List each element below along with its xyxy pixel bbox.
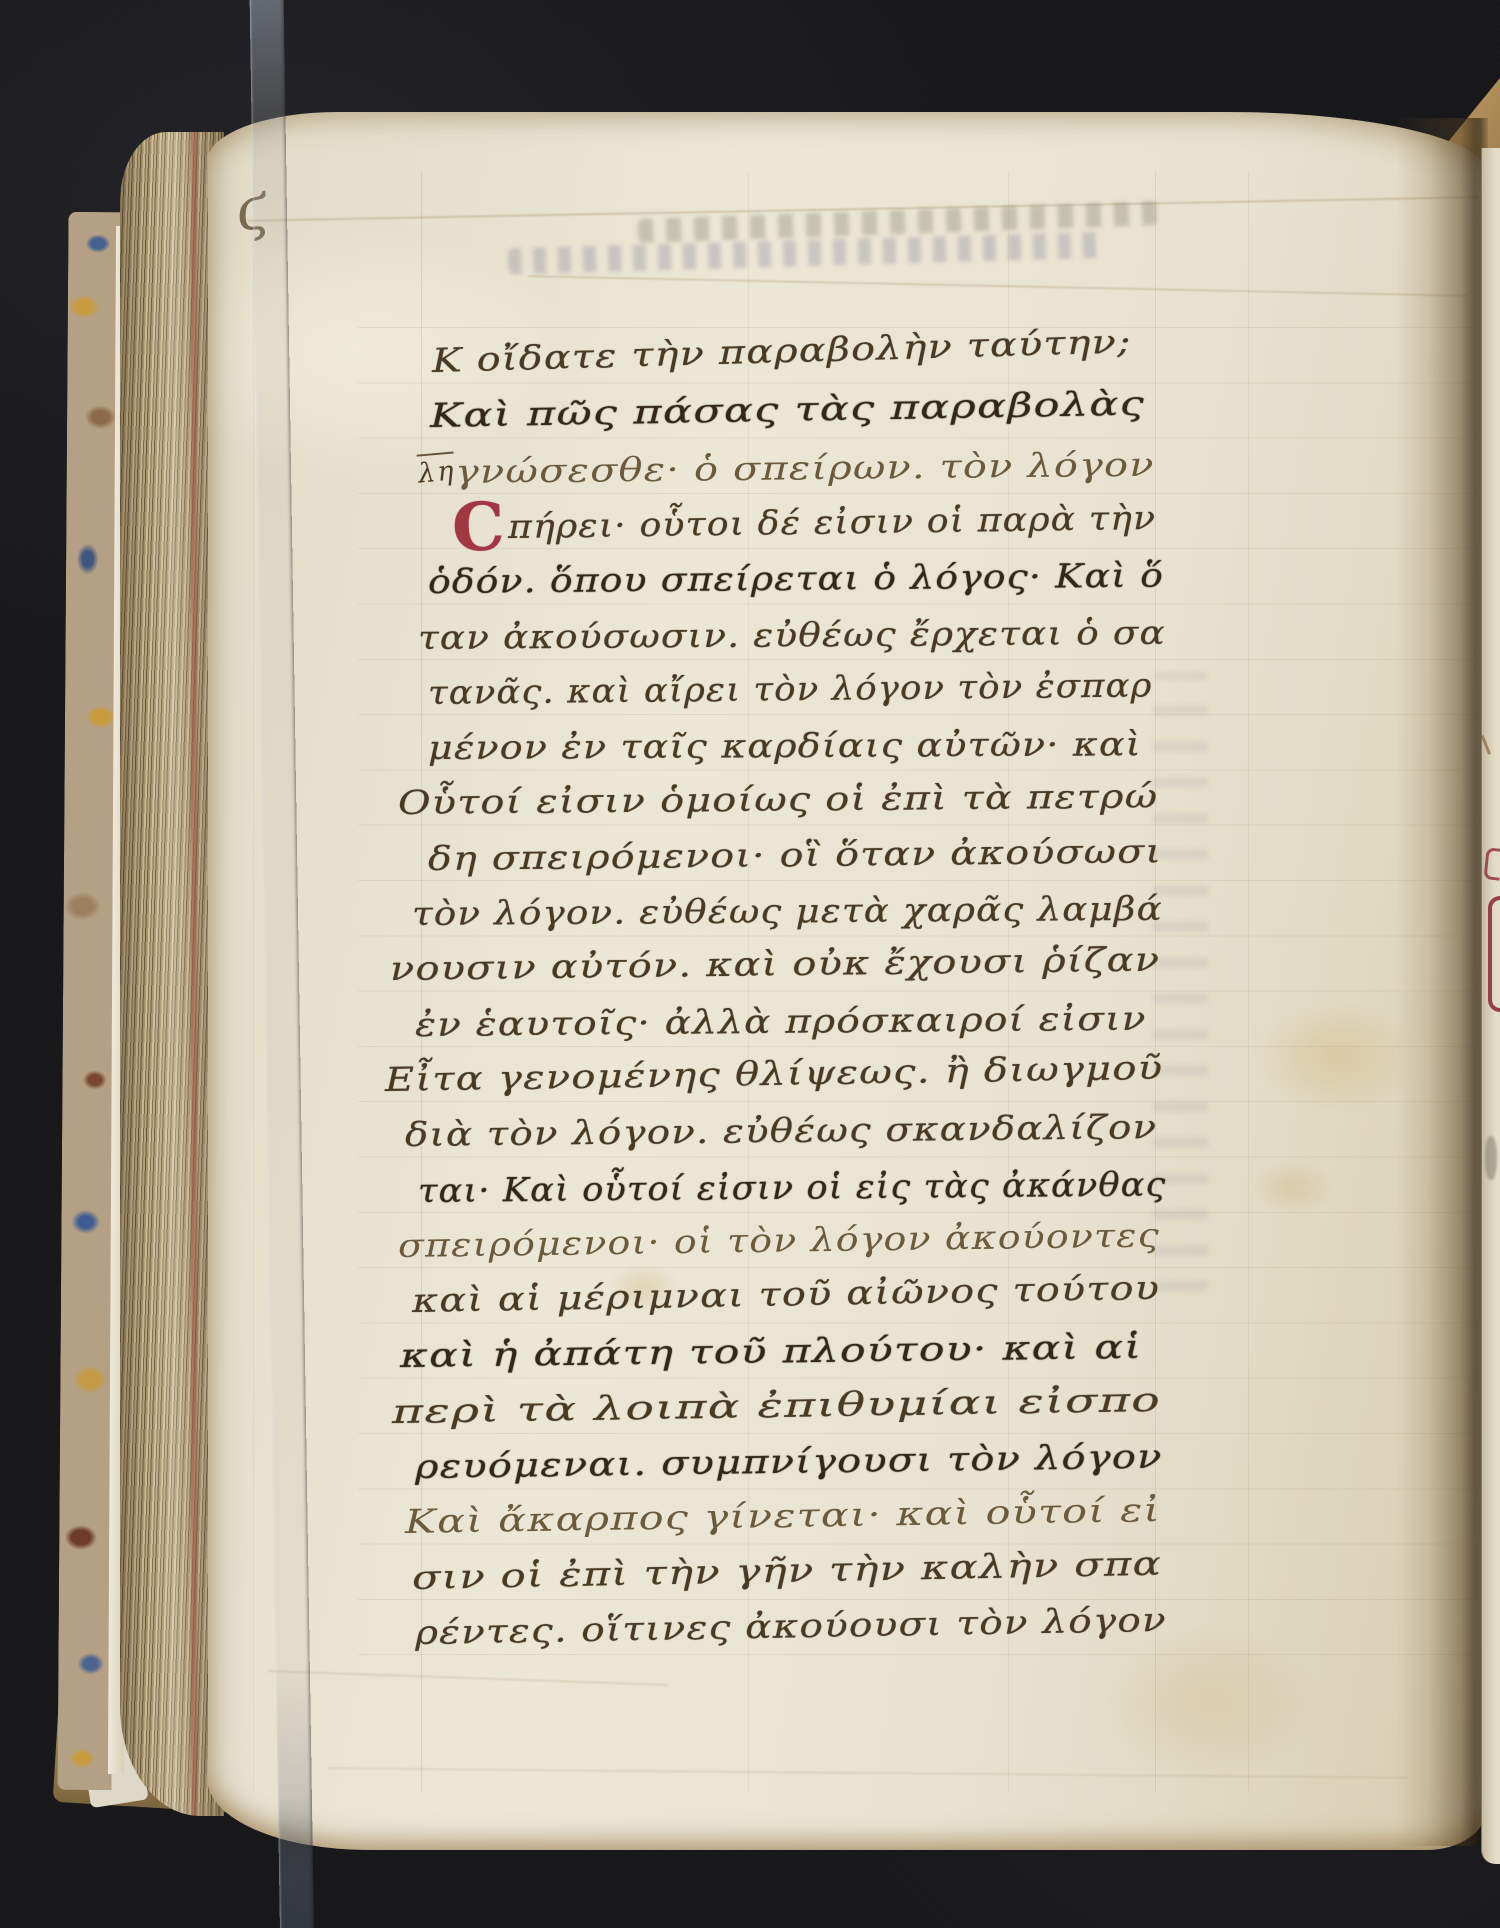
manuscript-line-8: μένον ἐν ταῖς καρδίαις αὐτῶν· καὶ xyxy=(428,723,1142,769)
facing-page-edge xyxy=(1481,148,1500,1864)
ruling-line-vertical xyxy=(1248,172,1249,1792)
parchment-crease xyxy=(328,1767,1408,1778)
manuscript-line-7: τανᾶς. καὶ αἴρει τὸν λόγον τὸν ἐσπαρ xyxy=(428,664,1153,714)
facing-page-rubric-mark xyxy=(1483,847,1500,880)
facing-page-ink-mark xyxy=(1481,731,1500,754)
parchment-crease xyxy=(528,275,1468,297)
manuscript-line-13: ἐν ἑαυτοῖς· ἀλλὰ πρόσκαιροί εἰσιν xyxy=(415,997,1147,1045)
manuscript-line-16: ται· Καὶ οὗτοί εἰσιν οἱ εἰς τὰς ἀκάνθας xyxy=(418,1163,1167,1212)
facing-page-ink-blot xyxy=(1485,1136,1497,1180)
manuscript-line-10: δη σπειρόμενοι· οἳ ὅταν ἀκούσωσι xyxy=(428,830,1163,880)
manuscript-photograph: ϛ λη Ϲ Κ οἴδατε τὴν παραβολὴν ταύτην;Καὶ… xyxy=(0,0,1500,1928)
rubric-initial: Ϲ xyxy=(451,493,506,561)
parchment-crease xyxy=(268,1670,668,1686)
manuscript-line-3: γνώσεσθε· ὁ σπείρων. τὸν λόγον xyxy=(455,443,1155,492)
parchment-page: ϛ λη Ϲ Κ οἴδατε τὴν παραβολὴν ταύτην;Καὶ… xyxy=(208,112,1486,1850)
facing-page-rubric-initial xyxy=(1488,896,1500,1012)
margin-section-number: λη xyxy=(417,451,457,489)
ruling-line-vertical xyxy=(253,172,254,1792)
manuscript-line-5: ὁδόν. ὅπου σπείρεται ὁ λόγος· Καὶ ὅ xyxy=(428,555,1164,603)
manuscript-line-15: διὰ τὸν λόγον. εὐθέως σκανδαλίζον xyxy=(405,1106,1158,1156)
manuscript-line-6: ταν ἀκούσωσιν. εὐθέως ἔρχεται ὁ σα xyxy=(418,611,1166,658)
gutter-shadow xyxy=(1396,118,1488,1846)
manuscript-line-9: Οὗτοί εἰσιν ὁμοίως οἱ ἐπὶ τὰ πετρώ xyxy=(398,776,1159,825)
manuscript-line-11: τὸν λόγον. εὐθέως μετὰ χαρᾶς λαμβά xyxy=(412,888,1163,935)
ink-showthrough xyxy=(508,232,1108,275)
manuscript-line-4: πήρει· οὗτοι δέ εἰσιν οἱ παρὰ τὴν xyxy=(508,497,1157,548)
